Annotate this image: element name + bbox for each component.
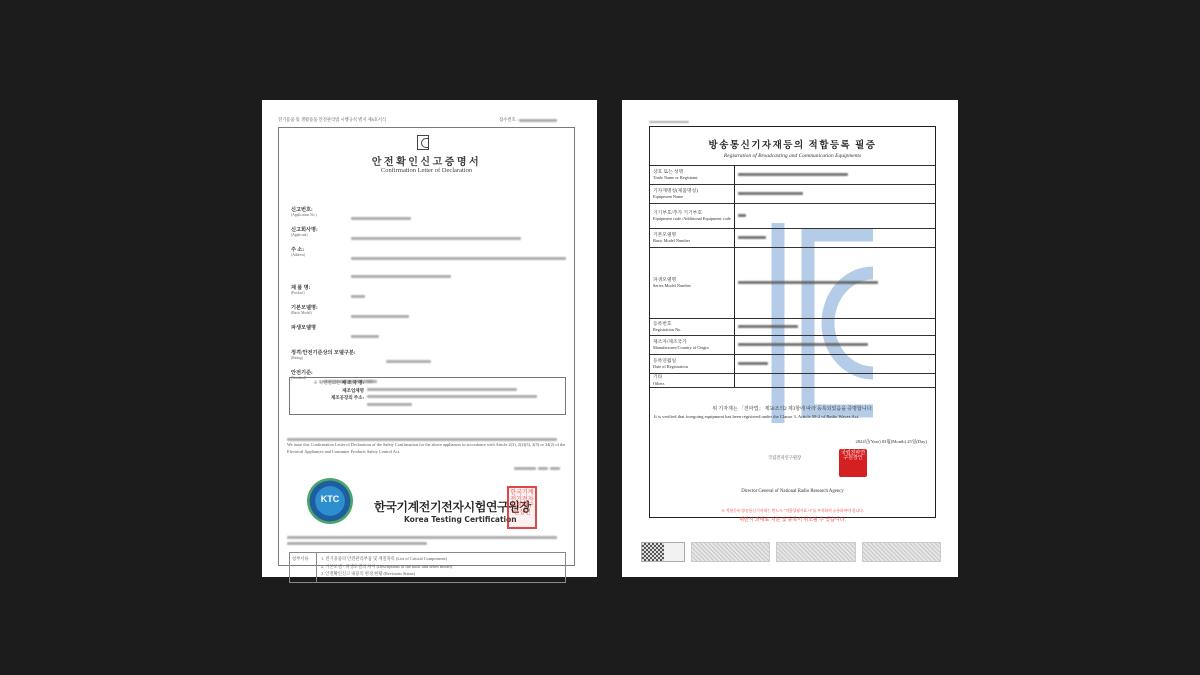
document-frame: 안전확인신고증명서 Confirmation Letter of Declara… (278, 127, 575, 566)
kc-mark-icon (417, 135, 429, 150)
table-row: 기본모델명Basic Model Number (650, 229, 935, 248)
document-title-ko: 방송통신기자재등의 적합등록 필증 (650, 137, 935, 151)
official-stamp: 한국기계전기전자시험연구원장인 (507, 486, 537, 529)
registration-date: 2024년(Year) 03월(Month) 25일(Day) (855, 439, 927, 445)
receipt-number: 접수번호 : (499, 117, 557, 123)
statement: We issue this Confirmation Letter of Dec… (287, 436, 566, 455)
table-row: 등록연월일Date of Registration (650, 355, 935, 374)
field-rating: 정격/안전기준상의 모델구분:(Rating) (291, 351, 566, 370)
table-row: 기기부호/추가 기기부호Equipment code /Additional E… (650, 204, 935, 229)
barcode-icon (862, 542, 941, 562)
attachments-list: 1. 전기용품의 안전관리부품 및 재질목록 (List of Critical… (317, 553, 456, 582)
document-number (649, 120, 689, 124)
ktc-seal-icon: KTC (307, 478, 353, 524)
declaration-fields: 신고번호:(Application No.) 신고회사명:(Applicant)… (291, 208, 566, 346)
document-title-en: Confirmation Letter of Declaration (279, 167, 574, 174)
field-application-no: 신고번호:(Application No.) (291, 208, 566, 227)
agency-name-en: Director General of National Radio Resea… (650, 489, 935, 494)
attachments-box: 첨부서류 1. 전기용품의 안전관리부품 및 재질목록 (List of Cri… (289, 552, 566, 583)
table-row: 기타Others (650, 374, 935, 388)
attachment-item: 1. 전기용품의 안전관리부품 및 재질목록 (List of Critical… (321, 555, 452, 563)
note (287, 534, 566, 548)
document-title-ko: 안전확인신고증명서 (279, 153, 574, 168)
table-row: 기자재명칭(제품명칭)Equipment Name (650, 185, 935, 204)
issuer-name-en: Korea Testing Certification (404, 515, 517, 524)
table-row: 등록번호Registration No. (650, 319, 935, 336)
field-series-model: 파생모델명 (291, 326, 566, 345)
manufacturer-box: ※ 확인신고는 제 조 국 명: 제조업체명 제조공장의 주소: (289, 377, 566, 415)
verification-codes (641, 542, 941, 562)
warning-line-1: ※ 적합등록 방송통신기자재는 반드시 "적합성평가표시"를 부착하여 유통하여… (650, 509, 935, 514)
attachment-item: 3. 안전확인신고 내용의 변경 현황 (Revisions Status) (321, 570, 452, 578)
kc-registration-certificate: 방송통신기자재등의 적합등록 필증 Registration of Broadc… (622, 100, 958, 577)
table-row: 상호 또는 성명Trade Name or Registrant (650, 166, 935, 185)
qr-code-icon (641, 542, 685, 562)
agency-name-ko: 국립전파연구원장 (768, 455, 801, 461)
field-product: 제 품 명:(Product) (291, 286, 566, 305)
table-row: 파생모델명Series Model Number (650, 248, 935, 319)
barcode-icon (691, 542, 770, 562)
redacted-value (351, 237, 521, 240)
attachment-item: 2. 기본모델 - 파생모델의 차이 (Descriptions of the … (321, 563, 452, 571)
form-header: 전기용품 및 생활용품 안전관리법 시행규칙 별지 제6호서식 접수번호 : (278, 117, 557, 123)
issue-date (514, 466, 561, 471)
certification-statement-ko: 위 기자재는 「전파법」 제58조의2 제3항에 따라 등록되었음을 증명합니다… (650, 405, 935, 412)
field-basic-model: 기본모델명:(Basic Model) (291, 306, 566, 325)
document-title-en: Registration of Broadcasting and Communi… (650, 153, 935, 159)
registration-table: 상호 또는 성명Trade Name or Registrant 기자재명칭(제… (650, 165, 935, 388)
warning-line-2: 위반시 과태료 처분 및 등록이 취소될 수 있습니다. (650, 516, 935, 523)
barcode-icon (776, 542, 855, 562)
certification-statement-en: It is verified that foregoing equipment … (654, 414, 929, 421)
field-address: 주 소:(Address) (291, 248, 566, 285)
document-frame: 방송통신기자재등의 적합등록 필증 Registration of Broadc… (649, 126, 936, 518)
redacted-value (351, 217, 411, 220)
kc-confirmation-letter: 전기용품 및 생활용품 안전관리법 시행규칙 별지 제6호서식 접수번호 : 안… (262, 100, 597, 577)
table-row: 제조자/제조국가Manufacturer/Country of Origin (650, 336, 935, 355)
official-seal: 국립전파연구원장인 (839, 449, 867, 477)
form-reference: 전기용품 및 생활용품 안전관리법 시행규칙 별지 제6호서식 (278, 117, 386, 123)
field-applicant: 신고회사명:(Applicant) (291, 228, 566, 247)
